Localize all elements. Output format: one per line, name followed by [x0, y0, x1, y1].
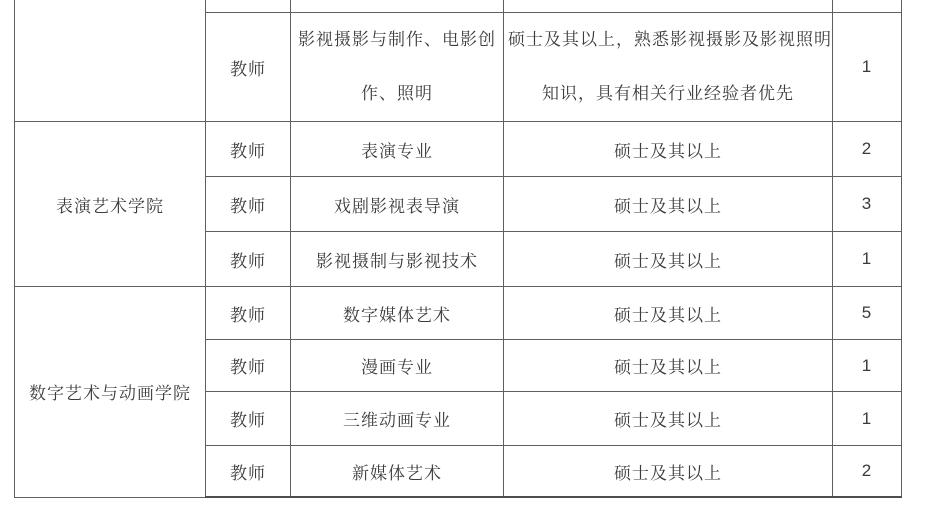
requirement-cell: 硕士及其以上 — [504, 177, 833, 232]
recruitment-table: 教师 影视摄影与制作、电影创 作、照明 硕士及其以上，熟悉影视摄影及影视照明 知… — [14, 0, 902, 498]
college-cell: 数字艺术与动画学院 — [15, 287, 206, 498]
position-cell: 教师 — [206, 232, 291, 287]
requirement-cell: 硕士及其以上 — [504, 392, 833, 446]
clipped-cell — [504, 0, 833, 13]
requirement-line-1: 硕士及其以上，熟悉影视摄影及影视照明 — [508, 13, 828, 67]
requirement-line-2: 知识，具有相关行业经验者优先 — [508, 67, 828, 121]
requirement-cell: 硕士及其以上 — [504, 446, 833, 498]
major-cell: 漫画专业 — [291, 340, 504, 392]
position-cell: 教师 — [206, 340, 291, 392]
major-cell: 数字媒体艺术 — [291, 287, 504, 340]
requirement-cell: 硕士及其以上 — [504, 232, 833, 287]
position-cell: 教师 — [206, 446, 291, 498]
clipped-cell — [206, 0, 291, 13]
count-cell: 5 — [833, 287, 902, 340]
major-cell: 影视摄影与制作、电影创 作、照明 — [291, 13, 504, 122]
count-cell: 3 — [833, 177, 902, 232]
requirement-cell: 硕士及其以上，熟悉影视摄影及影视照明 知识，具有相关行业经验者优先 — [504, 13, 833, 122]
major-line-2: 作、照明 — [295, 67, 499, 121]
major-cell: 新媒体艺术 — [291, 446, 504, 498]
position-cell: 教师 — [206, 177, 291, 232]
requirement-cell: 硕士及其以上 — [504, 340, 833, 392]
major-cell: 表演专业 — [291, 122, 504, 177]
college-cell: 表演艺术学院 — [15, 122, 206, 287]
document-page: 教师 影视摄影与制作、电影创 作、照明 硕士及其以上，熟悉影视摄影及影视照明 知… — [0, 0, 926, 508]
count-cell: 1 — [833, 392, 902, 446]
clipped-cell — [833, 0, 902, 13]
position-cell: 教师 — [206, 13, 291, 122]
requirement-cell: 硕士及其以上 — [504, 287, 833, 340]
count-cell: 1 — [833, 13, 902, 122]
position-cell: 教师 — [206, 287, 291, 340]
position-cell: 教师 — [206, 392, 291, 446]
count-cell: 1 — [833, 232, 902, 287]
major-cell: 影视摄制与影视技术 — [291, 232, 504, 287]
requirement-cell: 硕士及其以上 — [504, 122, 833, 177]
count-cell: 1 — [833, 340, 902, 392]
major-line-1: 影视摄影与制作、电影创 — [295, 13, 499, 67]
major-cell: 三维动画专业 — [291, 392, 504, 446]
count-cell: 2 — [833, 446, 902, 498]
table-row-clipped — [15, 0, 902, 13]
clipped-cell — [291, 0, 504, 13]
table-row: 表演艺术学院 教师 表演专业 硕士及其以上 2 — [15, 122, 902, 177]
position-cell: 教师 — [206, 122, 291, 177]
college-cell — [15, 0, 206, 122]
count-cell: 2 — [833, 122, 902, 177]
major-cell: 戏剧影视表导演 — [291, 177, 504, 232]
table-row: 数字艺术与动画学院 教师 数字媒体艺术 硕士及其以上 5 — [15, 287, 902, 340]
